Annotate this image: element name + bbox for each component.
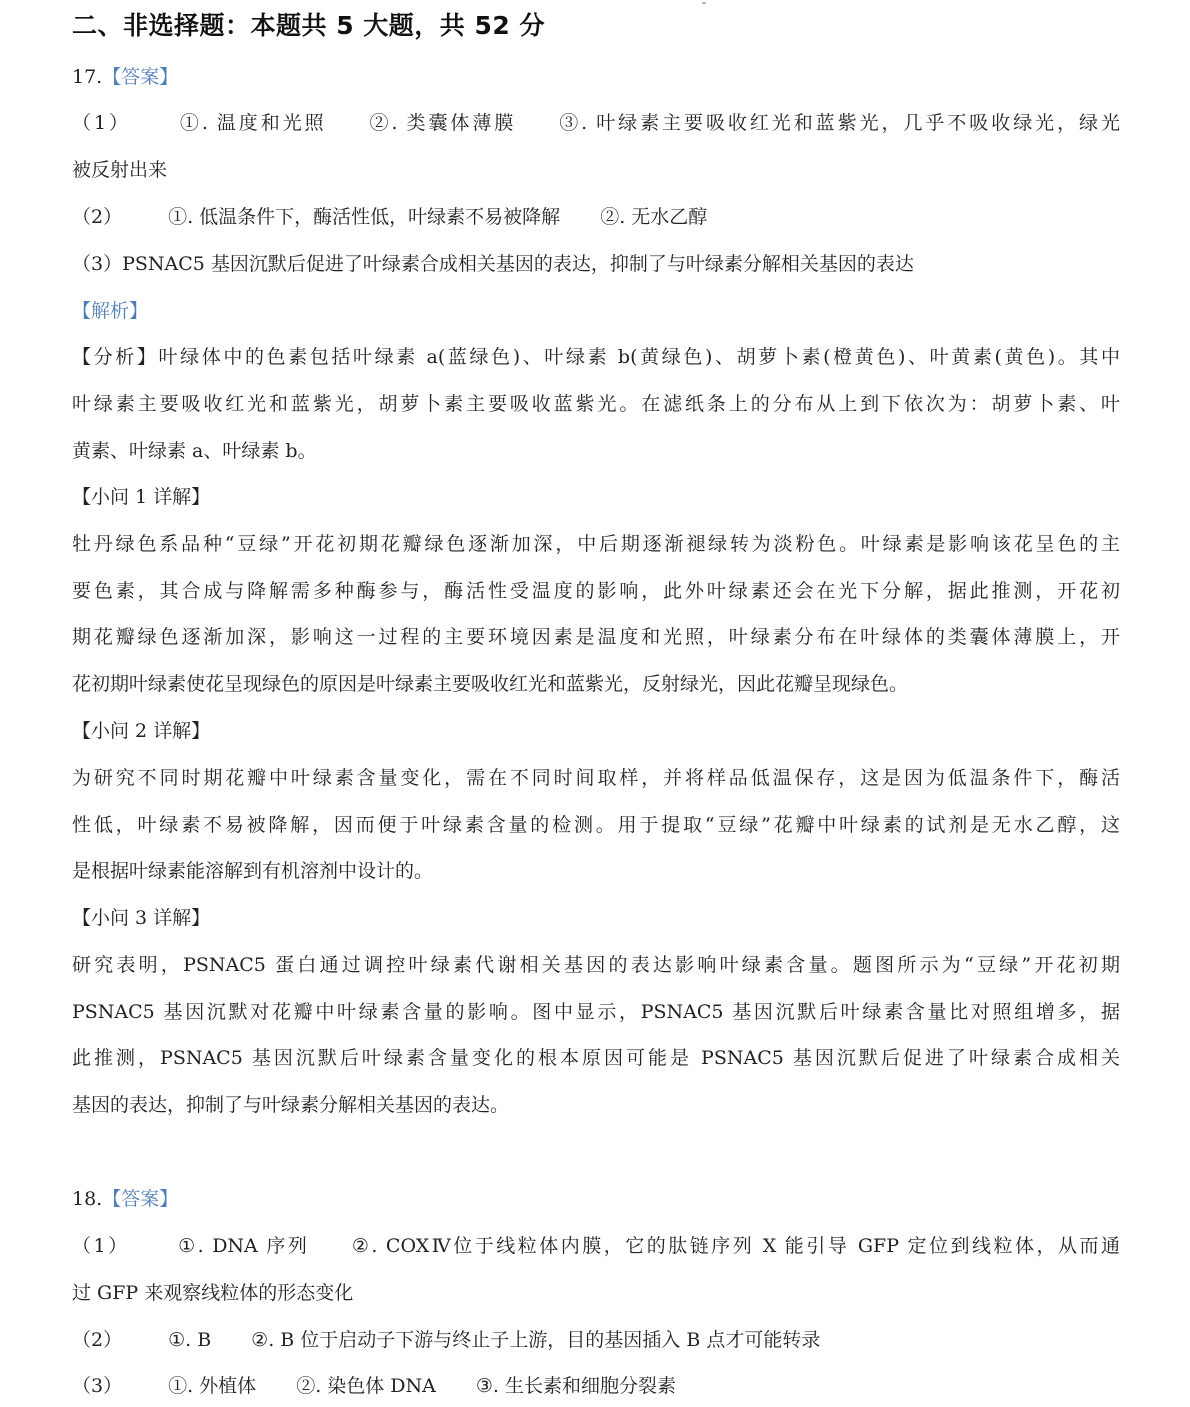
detail-2-title: 【小问 2 详解】: [72, 718, 210, 744]
q18-answer-1: （1）①. DNA 序列②. COXⅣ位于线粒体内膜，它的肽链序列 X 能引导 …: [72, 1233, 1120, 1259]
detail-3-line: 基因的表达，抑制了与叶绿素分解相关基因的表达。: [72, 1092, 509, 1118]
answer-item: ②. 无水乙醇: [600, 206, 707, 228]
part-label: （3）: [72, 1375, 122, 1397]
q17-answer-2: （2）①. 低温条件下，酶活性低，叶绿素不易被降解②. 无水乙醇: [72, 204, 707, 230]
answer-item: ②. B 位于启动子下游与终止子上游，目的基因插入 B 点才可能转录: [251, 1329, 820, 1351]
detail-3-title: 【小问 3 详解】: [72, 905, 210, 931]
detail-3-line: 研究表明，PSNAC5 蛋白通过调控叶绿素代谢相关基因的表达影响叶绿素含量。题图…: [72, 952, 1120, 978]
detail-1-line: 花初期叶绿素使花呈现绿色的原因是叶绿素主要吸收红光和蓝紫光，反射绿光，因此花瓣呈…: [72, 671, 908, 697]
question-number: 18.: [72, 1188, 102, 1210]
answer-item: ①. B: [168, 1329, 211, 1351]
part-label: （1）: [72, 112, 131, 134]
scan-artifact: [702, 2, 706, 4]
q17-answer-header: 17.【答案】: [72, 64, 178, 90]
analysis-line: 【分析】叶绿体中的色素包括叶绿素 a(蓝绿色)、叶绿素 b(黄绿色)、胡萝卜素(…: [72, 344, 1120, 370]
part-label: （2）: [72, 1329, 122, 1351]
detail-1-title: 【小问 1 详解】: [72, 484, 210, 510]
detail-2-line: 性低，叶绿素不易被降解，因而便于叶绿素含量的检测。用于提取“豆绿”花瓣中叶绿素的…: [72, 812, 1120, 838]
analysis-label: 【解析】: [72, 298, 148, 324]
q17-answer-1-cont: 被反射出来: [72, 157, 167, 183]
part-label: （1）: [72, 1235, 130, 1257]
q18-answer-1-cont: 过 GFP 来观察线粒体的形态变化: [72, 1280, 353, 1306]
analysis-line: 黄素、叶绿素 a、叶绿素 b。: [72, 438, 317, 464]
answer-item: ③. 叶绿素主要吸收红光和蓝紫光，几乎不吸收绿光，绿光: [556, 112, 1120, 134]
answer-item: ②. 染色体 DNA: [296, 1375, 436, 1397]
detail-3-line: PSNAC5 基因沉默对花瓣中叶绿素含量的影响。图中显示，PSNAC5 基因沉默…: [72, 999, 1120, 1025]
detail-3-line: 此推测，PSNAC5 基因沉默后叶绿素含量变化的根本原因可能是 PSNAC5 基…: [72, 1045, 1120, 1071]
q18-answer-2: （2）①. B②. B 位于启动子下游与终止子上游，目的基因插入 B 点才可能转…: [72, 1327, 820, 1353]
detail-1-line: 牡丹绿色系品种“豆绿”开花初期花瓣绿色逐渐加深，中后期逐渐褪绿转为淡粉色。叶绿素…: [72, 531, 1120, 557]
analysis-line: 叶绿素主要吸收红光和蓝紫光，胡萝卜素主要吸收蓝紫光。在滤纸条上的分布从上到下依次…: [72, 391, 1120, 417]
q17-answer-1: （1）①. 温度和光照②. 类囊体薄膜③. 叶绿素主要吸收红光和蓝紫光，几乎不吸…: [72, 110, 1120, 136]
section-heading: 二、非选择题：本题共 5 大题，共 52 分: [72, 6, 545, 42]
answer-item: ②. COXⅣ位于线粒体内膜，它的肽链序列 X 能引导 GFP 定位到线粒体，从…: [349, 1235, 1120, 1257]
answer-item: ③. 生长素和细胞分裂素: [476, 1375, 676, 1397]
q18-answer-3: （3）①. 外植体②. 染色体 DNA③. 生长素和细胞分裂素: [72, 1373, 676, 1399]
q18-answer-header: 18.【答案】: [72, 1186, 178, 1212]
answer-item: ①. 温度和光照: [177, 112, 327, 134]
answer-item: ①. DNA 序列: [176, 1235, 310, 1257]
question-number: 17.: [72, 66, 102, 88]
answer-item: ①. 低温条件下，酶活性低，叶绿素不易被降解: [168, 206, 560, 228]
part-label: （2）: [72, 206, 122, 228]
detail-1-line: 期花瓣绿色逐渐加深，影响这一过程的主要环境因素是温度和光照，叶绿素分布在叶绿体的…: [72, 624, 1120, 650]
answer-item: ②. 类囊体薄膜: [367, 112, 517, 134]
detail-2-line: 是根据叶绿素能溶解到有机溶剂中设计的。: [72, 858, 433, 884]
answer-item: ①. 外植体: [168, 1375, 256, 1397]
answer-label: 【答案】: [102, 1188, 178, 1210]
q17-answer-3: （3）PSNAC5 基因沉默后促进了叶绿素合成相关基因的表达，抑制了与叶绿素分解…: [72, 251, 914, 277]
answer-label: 【答案】: [102, 66, 178, 88]
detail-2-line: 为研究不同时期花瓣中叶绿素含量变化，需在不同时间取样，并将样品低温保存，这是因为…: [72, 765, 1120, 791]
detail-1-line: 要色素，其合成与降解需多种酶参与，酶活性受温度的影响，此外叶绿素还会在光下分解，…: [72, 578, 1120, 604]
